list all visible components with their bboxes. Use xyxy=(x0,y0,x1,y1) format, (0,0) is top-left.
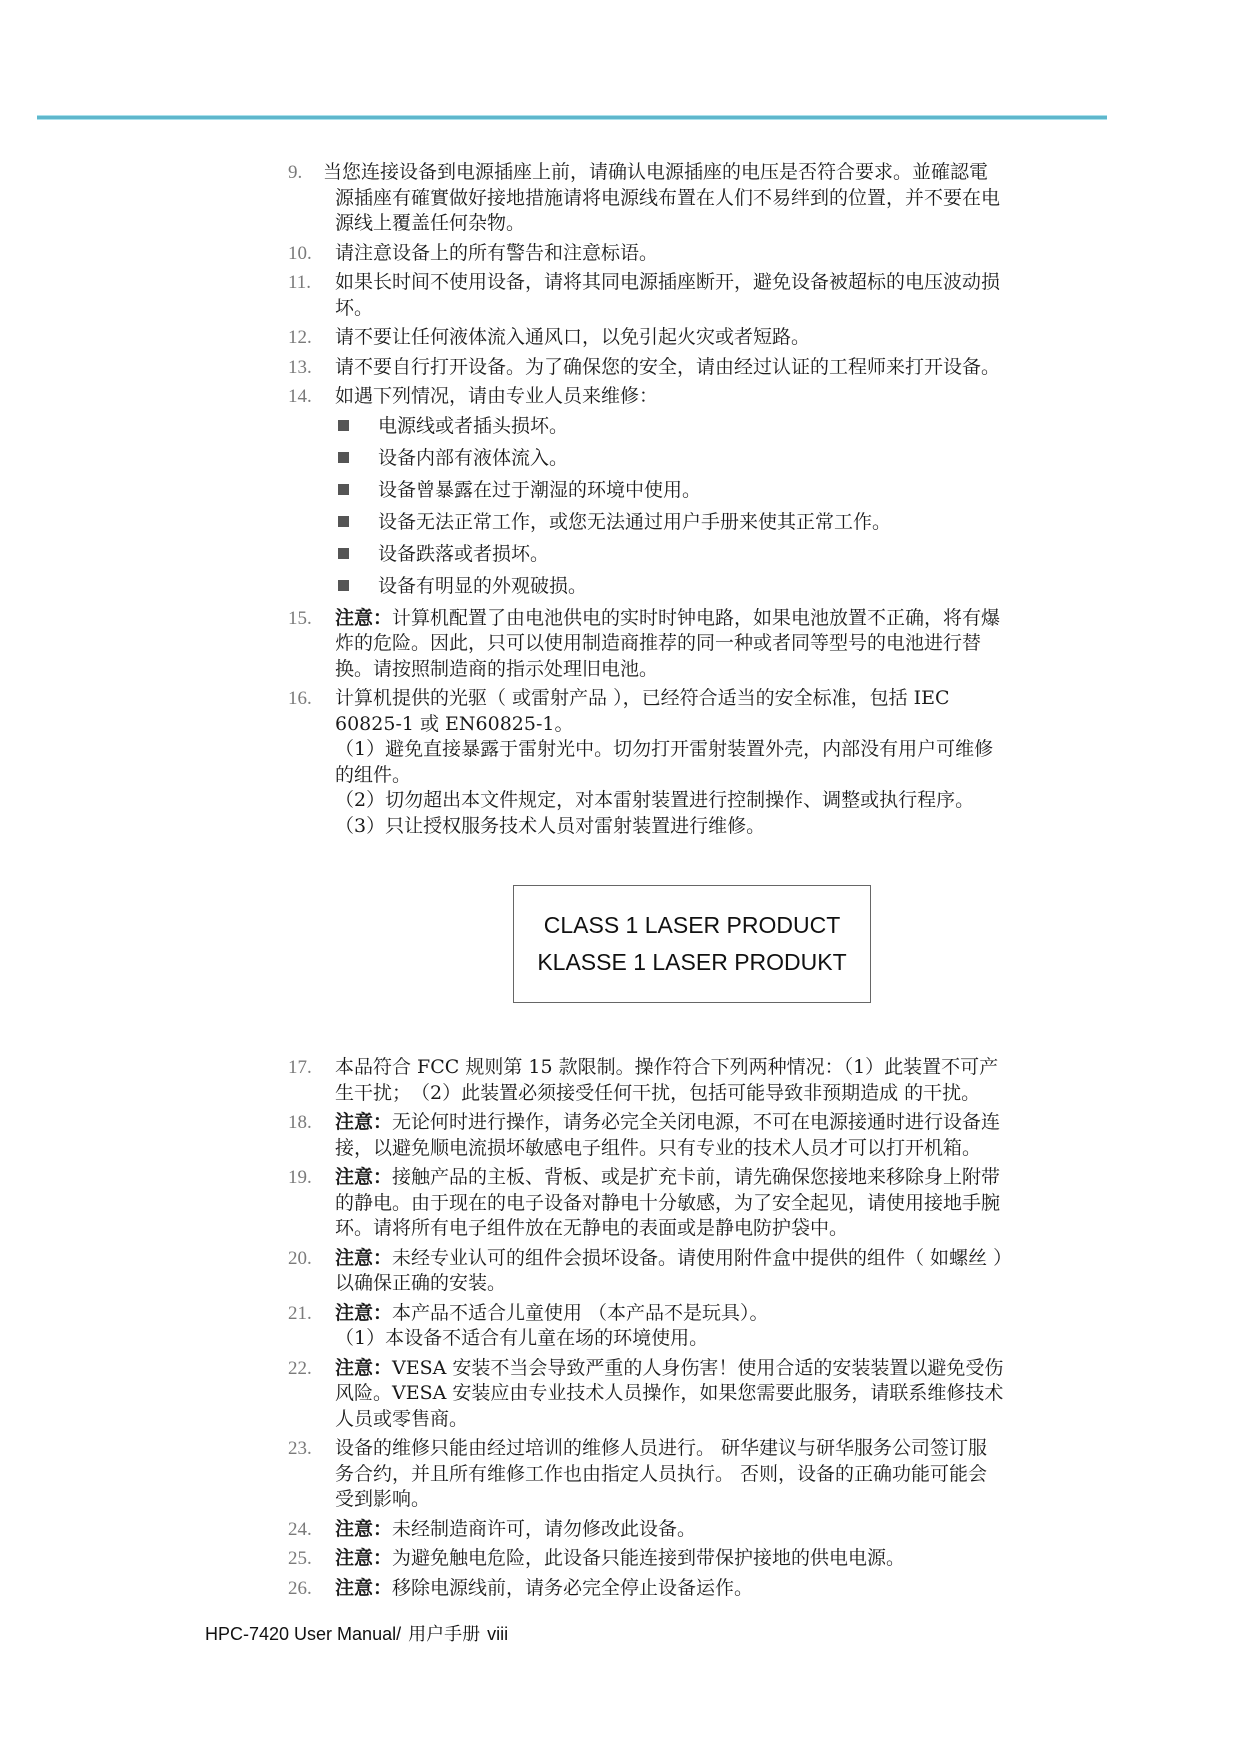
list-item-24: 24. 注意：未经制造商许可，请勿修改此设备。 xyxy=(288,1517,1108,1543)
sub-item-text: 的组件。 xyxy=(335,763,1108,789)
item-text: 生干扰； （2）此装置必须接受任何干扰，包括可能导致非预期造成 的干扰。 xyxy=(335,1081,1108,1107)
item-number: 16. xyxy=(288,686,312,712)
page-number: viii xyxy=(487,1624,508,1644)
note-label: 注意： xyxy=(335,1111,392,1133)
list-item-10: 10. 请注意设备上的所有警告和注意标语。 xyxy=(288,241,1108,267)
item-text: 风险。VESA 安装应由专业技术人员操作，如果您需要此服务，请联系维修技术 xyxy=(335,1381,1108,1407)
item-text: 以确保正确的安装。 xyxy=(335,1271,1108,1297)
item-text: 计算机配置了由电池供电的实时时钟电路，如果电池放置不正确，将有爆 xyxy=(392,607,1000,629)
item-text: 未经专业认可的组件会损坏设备。请使用附件盒中提供的组件（ 如螺丝 ） xyxy=(392,1247,1012,1269)
item-text: 如遇下列情况，请由专业人员来维修： xyxy=(335,384,1108,410)
list-item-26: 26. 注意：移除电源线前，请务必完全停止设备运作。 xyxy=(288,1576,1108,1602)
item-number: 22. xyxy=(288,1356,312,1382)
safety-instructions: 9. 当您连接设备到电源插座上前，请确认电源插座的电压是否符合要求。並確認電 源… xyxy=(288,160,1108,1605)
page-footer: HPC-7420 User Manual/ 用户手册 viii xyxy=(205,1620,510,1646)
footer-manual-subtitle: 用户手册 xyxy=(408,1624,480,1644)
square-bullet-icon xyxy=(338,452,349,463)
item-number: 26. xyxy=(288,1576,312,1602)
list-item-20: 20. 注意：未经专业认可的组件会损坏设备。请使用附件盒中提供的组件（ 如螺丝 … xyxy=(288,1246,1108,1297)
item-number: 12. xyxy=(288,325,312,351)
bullet-item: 设备曾暴露在过于潮湿的环境中使用。 xyxy=(338,478,1108,503)
item-number: 23. xyxy=(288,1436,312,1462)
bullet-text: 设备内部有液体流入。 xyxy=(378,447,568,469)
list-item-16: 16. 计算机提供的光驱（ 或雷射产品 ），已经符合适当的安全标准，包括 IEC… xyxy=(288,686,1108,839)
square-bullet-icon xyxy=(338,516,349,527)
bullet-item: 设备有明显的外观破损。 xyxy=(338,574,1108,599)
item-number: 25. xyxy=(288,1546,312,1572)
item-number: 9. xyxy=(288,160,302,186)
item-number: 20. xyxy=(288,1246,312,1272)
bullet-item: 电源线或者插头损坏。 xyxy=(338,414,1108,439)
sub-item-text: （1）本设备不适合有儿童在场的环境使用。 xyxy=(335,1326,1108,1352)
bullet-text: 设备跌落或者损坏。 xyxy=(378,543,549,565)
item-text: 接触产品的主板、背板、或是扩充卡前，请先确保您接地来移除身上附带 xyxy=(392,1166,1000,1188)
item-number: 21. xyxy=(288,1301,312,1327)
item-text: 如果长时间不使用设备，请将其同电源插座断开，避免设备被超标的电压波动损 xyxy=(335,270,1108,296)
sub-item-text: （2）切勿超出本文件规定，对本雷射装置进行控制操作、调整或执行程序。 xyxy=(335,788,1108,814)
item-text: 计算机提供的光驱（ 或雷射产品 ），已经符合适当的安全标准，包括 IEC xyxy=(335,686,1108,712)
item-text: 接，以避免顺电流损坏敏感电子组件。只有专业的技术人员才可以打开机箱。 xyxy=(335,1136,1108,1162)
item-number: 19. xyxy=(288,1165,312,1191)
list-item-11: 11. 如果长时间不使用设备，请将其同电源插座断开，避免设备被超标的电压波动损 … xyxy=(288,270,1108,321)
bullet-text: 设备曾暴露在过于潮湿的环境中使用。 xyxy=(378,479,701,501)
item-text: 环。请将所有电子组件放在无静电的表面或是静电防护袋中。 xyxy=(335,1216,1108,1242)
list-item-19: 19. 注意：接触产品的主板、背板、或是扩充卡前，请先确保您接地来移除身上附带 … xyxy=(288,1165,1108,1242)
item-text: 炸的危险。因此，只可以使用制造商推荐的同一种或者同等型号的电池进行替 xyxy=(335,631,1108,657)
list-item-13: 13. 请不要自行打开设备。为了确保您的安全，请由经过认证的工程师来打开设备。 xyxy=(288,355,1108,381)
note-label: 注意： xyxy=(335,1247,392,1269)
item-text: 人员或零售商。 xyxy=(335,1407,1108,1433)
note-label: 注意： xyxy=(335,1302,392,1324)
sub-item-text: （3）只让授权服务技术人员对雷射装置进行维修。 xyxy=(335,814,1108,840)
square-bullet-icon xyxy=(338,484,349,495)
item-text: 本产品不适合儿童使用 （本产品不是玩具）。 xyxy=(392,1302,769,1324)
item-text: 务合约，并且所有维修工作也由指定人员执行。 否则，设备的正确功能可能会 xyxy=(335,1462,1108,1488)
item-number: 10. xyxy=(288,241,312,267)
note-label: 注意： xyxy=(335,1547,392,1569)
square-bullet-icon xyxy=(338,548,349,559)
item-number: 17. xyxy=(288,1055,312,1081)
item-number: 15. xyxy=(288,606,312,632)
item-text: VESA 安装不当会导致严重的人身伤害！使用合适的安装装置以避免受伤 xyxy=(392,1357,1003,1379)
note-label: 注意： xyxy=(335,1577,392,1599)
bullet-text: 设备有明显的外观破损。 xyxy=(378,575,587,597)
item-text: 当您连接设备到电源插座上前，请确认电源插座的电压是否符合要求。並確認電 xyxy=(323,160,1108,186)
list-item-18: 18. 注意：无论何时进行操作，请务必完全关闭电源，不可在电源接通时进行设备连 … xyxy=(288,1110,1108,1161)
list-item-9: 9. 当您连接设备到电源插座上前，请确认电源插座的电压是否符合要求。並確認電 源… xyxy=(288,160,1108,237)
repair-conditions-list: 电源线或者插头损坏。 设备内部有液体流入。 设备曾暴露在过于潮湿的环境中使用。 … xyxy=(288,414,1108,599)
square-bullet-icon xyxy=(338,580,349,591)
bullet-item: 设备跌落或者损坏。 xyxy=(338,542,1108,567)
note-label: 注意： xyxy=(335,1518,392,1540)
laser-label-english: CLASS 1 LASER PRODUCT xyxy=(544,907,841,944)
list-item-23: 23. 设备的维修只能由经过培训的维修人员进行。 研华建议与研华服务公司签订服 … xyxy=(288,1436,1108,1513)
item-text: 为避免触电危险，此设备只能连接到带保护接地的供电电源。 xyxy=(392,1547,905,1569)
item-number: 18. xyxy=(288,1110,312,1136)
item-text: 受到影响。 xyxy=(335,1487,1108,1513)
laser-product-label: CLASS 1 LASER PRODUCT KLASSE 1 LASER PRO… xyxy=(513,885,871,1003)
item-text: 无论何时进行操作，请务必完全关闭电源，不可在电源接通时进行设备连 xyxy=(392,1111,1000,1133)
item-text: 请不要让任何液体流入通风口，以免引起火灾或者短路。 xyxy=(335,325,1108,351)
item-text: 移除电源线前，请务必完全停止设备运作。 xyxy=(392,1577,753,1599)
item-text: 本品符合 FCC 规则第 15 款限制。操作符合下列两种情况：（1）此装置不可产 xyxy=(335,1055,1108,1081)
header-rule xyxy=(37,115,1107,120)
item-text: 换。请按照制造商的指示处理旧电池。 xyxy=(335,657,1108,683)
laser-label-german: KLASSE 1 LASER PRODUKT xyxy=(537,944,846,981)
list-item-22: 22. 注意：VESA 安装不当会导致严重的人身伤害！使用合适的安装装置以避免受… xyxy=(288,1356,1108,1433)
list-item-14: 14. 如遇下列情况，请由专业人员来维修： xyxy=(288,384,1108,410)
sub-item-text: （1）避免直接暴露于雷射光中。切勿打开雷射装置外壳，内部没有用户可维修 xyxy=(335,737,1108,763)
item-text: 请注意设备上的所有警告和注意标语。 xyxy=(335,241,1108,267)
item-number: 13. xyxy=(288,355,312,381)
item-text: 设备的维修只能由经过培训的维修人员进行。 研华建议与研华服务公司签订服 xyxy=(335,1436,1108,1462)
item-text: 源线上覆盖任何杂物。 xyxy=(323,211,1108,237)
bullet-text: 电源线或者插头损坏。 xyxy=(378,415,568,437)
item-text: 未经制造商许可，请勿修改此设备。 xyxy=(392,1518,696,1540)
list-item-15: 15. 注意：计算机配置了由电池供电的实时时钟电路，如果电池放置不正确，将有爆 … xyxy=(288,606,1108,683)
note-label: 注意： xyxy=(335,1357,392,1379)
item-text: 源插座有確實做好接地措施请将电源线布置在人们不易绊到的位置，并不要在电 xyxy=(323,186,1108,212)
list-item-17: 17. 本品符合 FCC 规则第 15 款限制。操作符合下列两种情况：（1）此装… xyxy=(288,1055,1108,1106)
bullet-item: 设备无法正常工作，或您无法通过用户手册来使其正常工作。 xyxy=(338,510,1108,535)
item-number: 11. xyxy=(288,270,311,296)
footer-manual-title: HPC-7420 User Manual/ xyxy=(205,1624,401,1644)
item-text: 请不要自行打开设备。为了确保您的安全，请由经过认证的工程师来打开设备。 xyxy=(335,355,1108,381)
item-text: 坏。 xyxy=(335,296,1108,322)
bullet-item: 设备内部有液体流入。 xyxy=(338,446,1108,471)
list-item-21: 21. 注意：本产品不适合儿童使用 （本产品不是玩具）。 （1）本设备不适合有儿… xyxy=(288,1301,1108,1352)
item-text: 60825-1 或 EN60825-1。 xyxy=(335,712,1108,738)
bullet-text: 设备无法正常工作，或您无法通过用户手册来使其正常工作。 xyxy=(378,511,891,533)
note-label: 注意： xyxy=(335,607,392,629)
item-text: 的静电。由于现在的电子设备对静电十分敏感，为了安全起见，请使用接地手腕 xyxy=(335,1191,1108,1217)
list-item-25: 25. 注意：为避免触电危险，此设备只能连接到带保护接地的供电电源。 xyxy=(288,1546,1108,1572)
list-item-12: 12. 请不要让任何液体流入通风口，以免引起火灾或者短路。 xyxy=(288,325,1108,351)
item-number: 14. xyxy=(288,384,312,410)
note-label: 注意： xyxy=(335,1166,392,1188)
square-bullet-icon xyxy=(338,420,349,431)
item-number: 24. xyxy=(288,1517,312,1543)
